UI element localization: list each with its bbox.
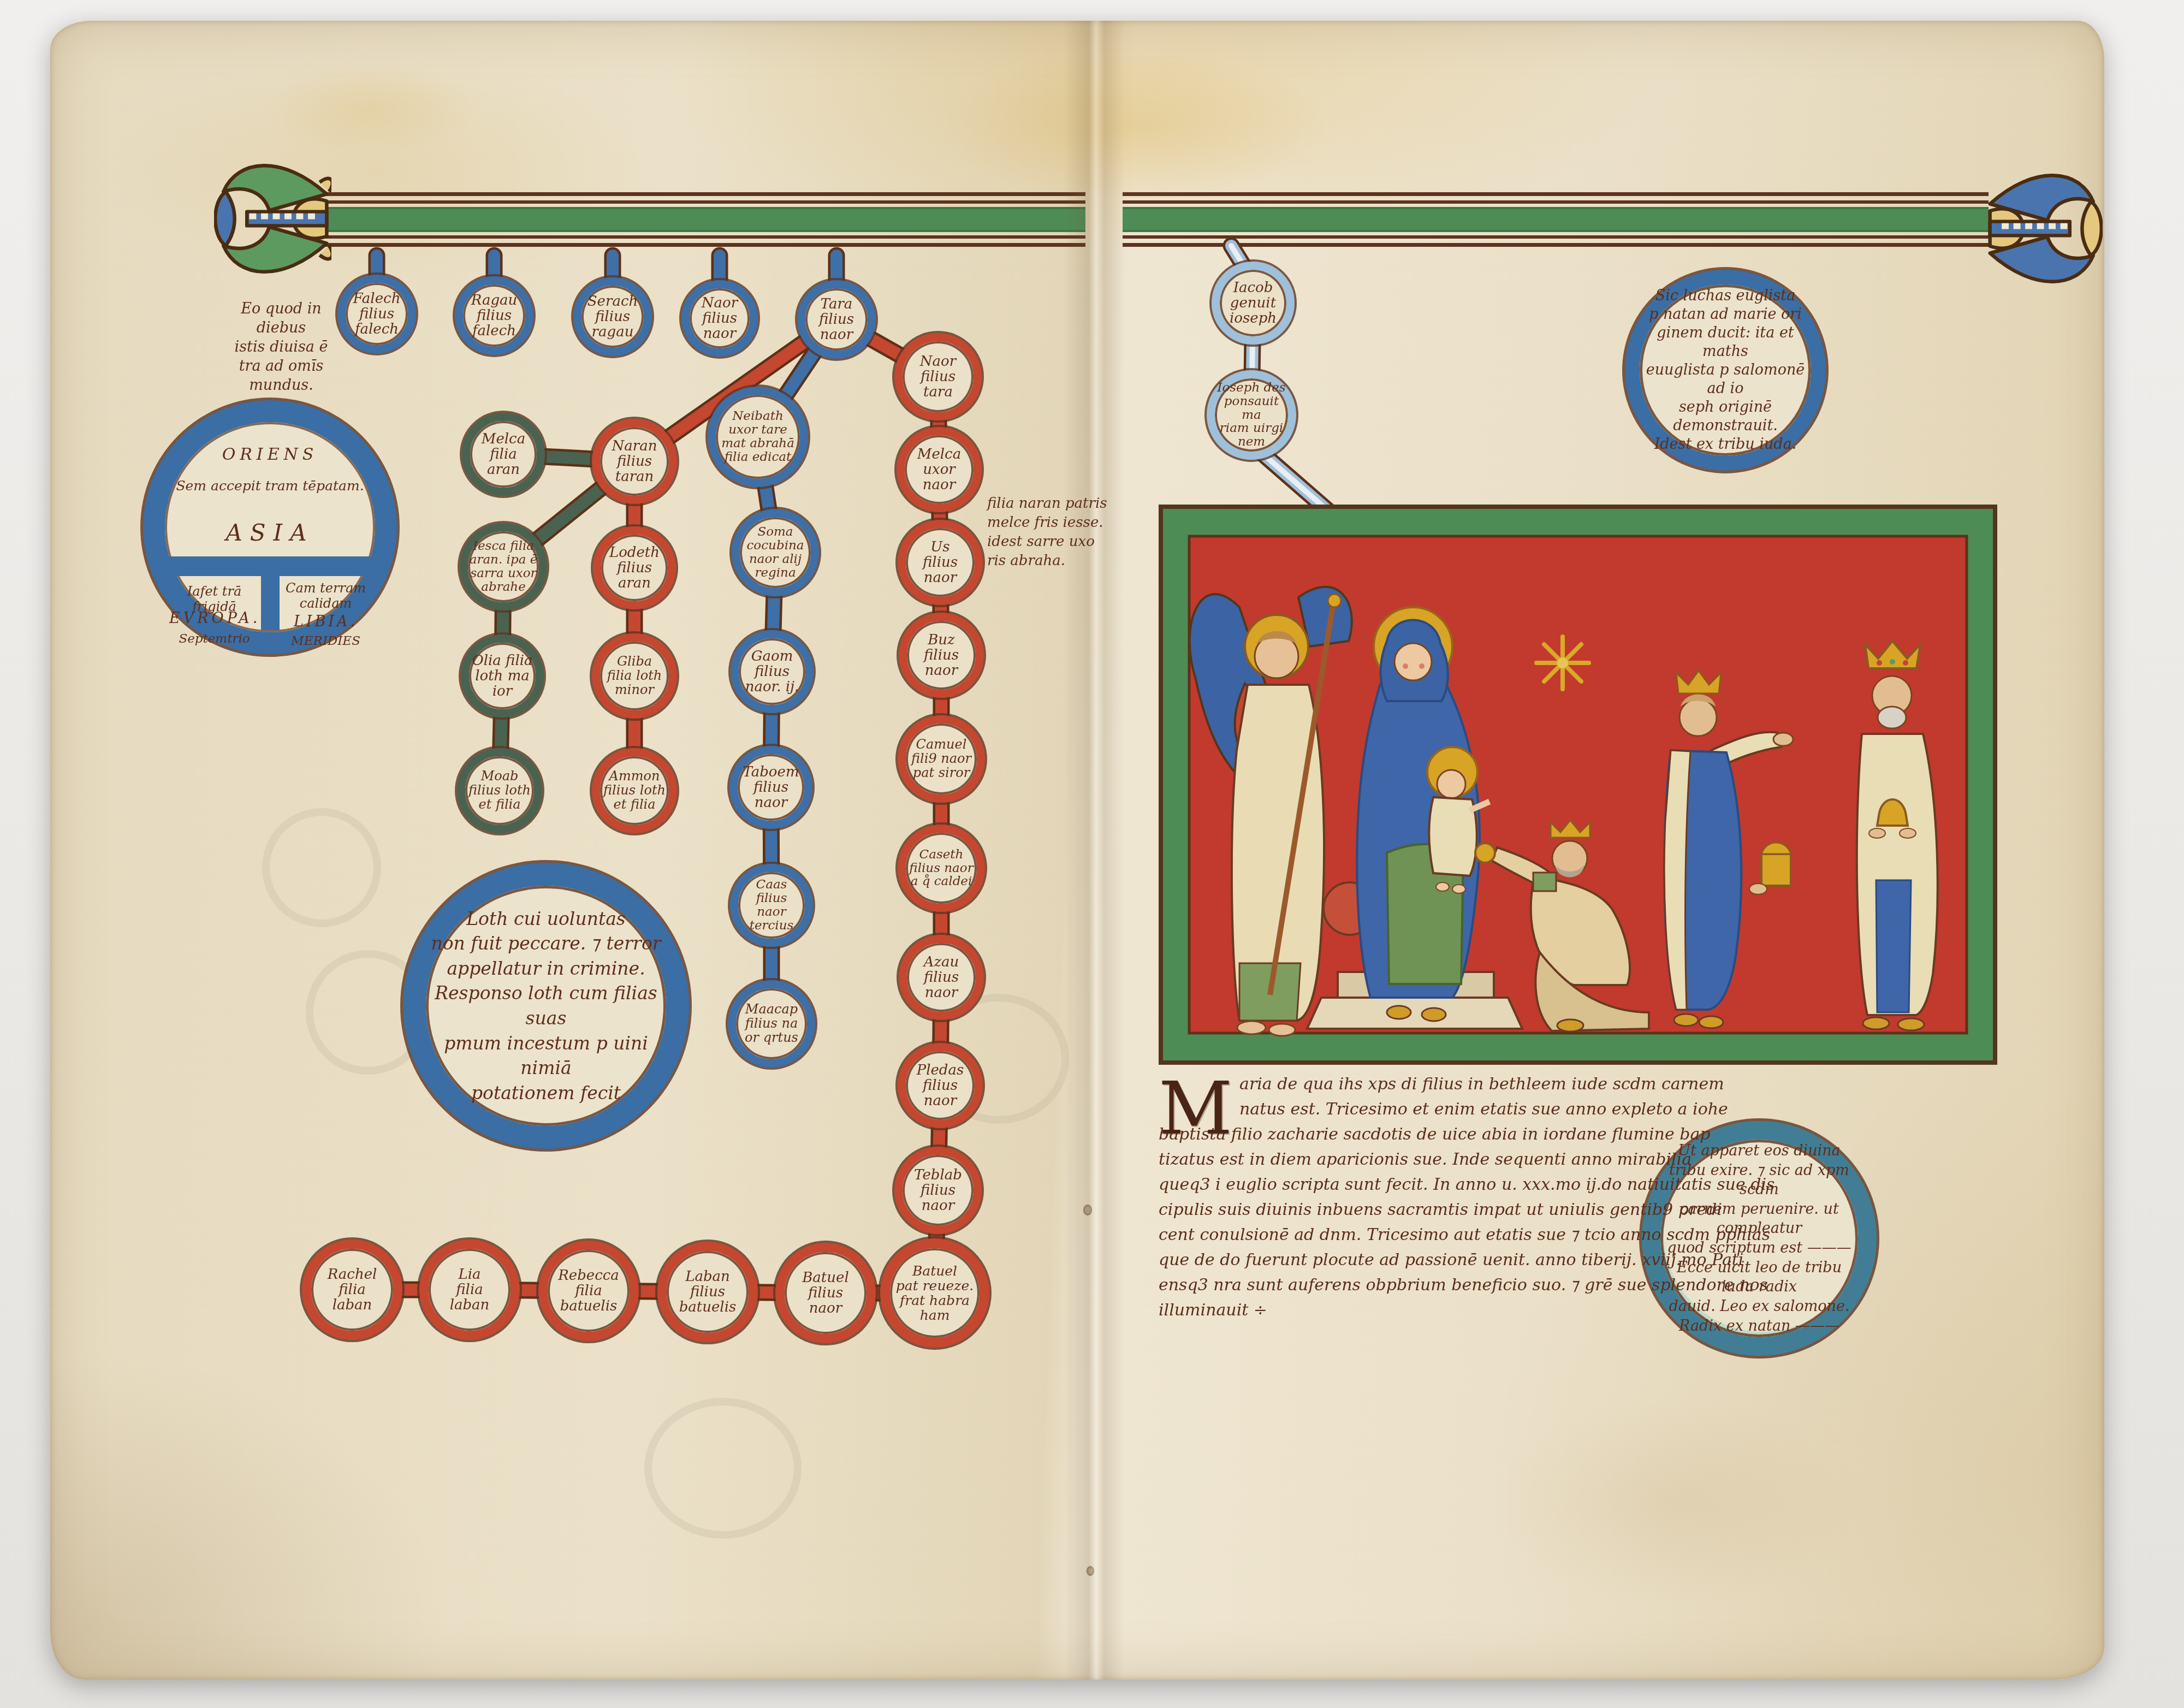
tree-node-lia: Lia filia laban [419,1240,520,1340]
tree-node-lodeth: Lodeth filius aran [593,526,676,609]
tree-node-caas: Caas filius naor tercius [730,864,813,947]
tree-node-rachel: Rachel filia laban [302,1240,402,1340]
tree-node-label: Teblab filius naor [914,1167,962,1213]
paragraph-line: cent conulsionē ad dnm. Tricesimo aut et… [1159,1225,1655,1250]
sarra-side-note: filia naran patris melce fris iesse. ide… [987,494,1129,571]
tree-node-label: Tara filius naor [819,296,854,342]
tree-node-pledas: Pledas filius naor [898,1043,983,1128]
paragraph-line: cipulis suis diuinis inbuens sacramtis i… [1159,1200,1655,1225]
tree-node-laban: Laban filius batuelis [657,1242,758,1342]
paragraph-line: natus est. Tricesimo et enim etatis sue … [1159,1100,1655,1125]
tree-node-label: Ragau filius falech [471,293,518,339]
adoration-miniature [1158,503,1998,1066]
tree-node-label: Caseth filius naor a q̊ caldei [909,848,973,888]
tree-node-label: Soma cocubina naor alij regina [746,525,804,579]
tree-node-label: Moab filius loth et filia [468,769,531,812]
tree-node-label: Lia filia laban [450,1267,490,1313]
decorated-initial: M [1159,1067,1232,1151]
map-label-meridies: MERIDIES [281,634,371,648]
tree-node-serach: Serach filius ragau [573,277,652,356]
tree-node-label: Us filius naor [923,539,958,585]
tree-node-label: Naor filius naor [702,295,738,341]
tree-node-label: Camuel fili9 naor pat siror [911,738,971,780]
manuscript-spread: Falech filius falechRagau filius falechS… [0,0,2184,1708]
tree-node-ammon: Ammon filius loth et filia [592,748,677,833]
nativity-paragraph: M aria de qua ihs xps di filius in bethl… [1159,1075,1655,1326]
tree-node-buz: Buz filius naor [899,613,984,698]
tree-node-teblab: Teblab filius naor [894,1147,982,1234]
tree-link [1256,448,1328,511]
tree-node-label: Melca filia aran [482,431,525,477]
tree-node-neibath: Neibath uxor tare mat abrahā filia edica… [708,387,808,487]
tree-node-moab: Moab filius loth et filia [457,748,542,833]
tree-node-camuel: Camuel fili9 naor pat siror [898,715,985,803]
tree-node-label: Gaom filius naor. ij. [745,649,799,695]
tree-node-label: Serach filius ragau [587,294,638,340]
map-label-septemtrio: Septemtrio [169,632,259,646]
tree-node-maacap: Maacap filius na or qrtus [728,980,815,1067]
paragraph-line: aria de qua ihs xps di filius in bethlee… [1159,1075,1655,1100]
tree-node-label: Naran filius taran [612,438,657,484]
map-label-oriens: ORIENS [165,445,375,464]
tree-node-us: Us filius naor [898,520,983,605]
star-of-bethlehem-icon [1536,637,1589,689]
tree-node-label: Pledas filius naor [917,1063,964,1108]
tree-node-ragau: Ragau filius falech [455,276,533,355]
map-label-sem: Sem accepit tram tēpatam. [165,478,375,494]
luke-roundel-text: Sic luchas euglista p natan ad marie ori… [1640,287,1811,454]
map-horizontal-bar [166,556,374,576]
tree-node-label: Maacap filius na or qrtus [745,1003,798,1045]
paragraph-line: que de do fuerunt plocute ad passionē ue… [1159,1250,1655,1276]
map-label-europa: EVROPA. [169,610,259,627]
tree-node-melca_uxor: Melca uxor naor [897,427,982,512]
paragraph-line: queq3 i euglio scripta sunt fecit. In an… [1159,1175,1655,1200]
luke-roundel: Sic luchas euglista p natan ad marie ori… [1625,270,1826,471]
tree-node-label: Neibath uxor tare mat abrahā filia edica… [721,410,794,464]
paragraph-line: baptista filio zacharie sacdotis de uice… [1159,1125,1655,1150]
paragraph-line: ensq3 nra sunt auferens obpbrium benefic… [1159,1276,1655,1301]
tree-node-label: Olia filia loth ma ior [472,653,532,699]
tree-node-batuel_p: Batuel pat reueze. frat habra ham [880,1238,989,1348]
tree-node-label: Gliba filia loth minor [607,655,662,697]
map-label-asia: ASIA [165,519,375,546]
tree-node-azau: Azau filius naor [899,935,984,1020]
tree-node-label: Laban filius batuelis [679,1269,737,1315]
tree-node-soma: Soma cocubina naor alij regina [732,509,819,596]
tree-node-label: Caas filius naor tercius [750,878,794,932]
loth-roundel: Loth cui uoluntas non fuit peccare. ⁊ te… [403,863,689,1149]
paragraph-line: tizatus est in diem aparicionis sue. Ind… [1159,1150,1655,1175]
tree-node-label: Rachel filia laban [328,1267,377,1313]
fleuron-finial-icon [1985,162,2103,295]
tree-node-label: Iesca filia aran. ipa ē sarra uxor abrah… [470,539,538,594]
tree-node-caseth: Caseth filius naor a q̊ caldei [898,825,985,912]
tree-node-label: Naor filius tara [920,354,956,400]
tree-node-olia: Olia filia loth ma ior [461,634,544,717]
tree-node-label: Melca uxor naor [917,447,961,493]
loth-roundel-text: Loth cui uoluntas non fuit peccare. ⁊ te… [426,906,666,1105]
map-vertical-bar [261,574,280,630]
tree-node-gliba: Gliba filia loth minor [592,633,677,719]
tree-node-rebecca: Rebecca filia batuelis [538,1241,639,1341]
tree-node-label: Ammon filius loth et filia [603,769,666,812]
tree-node-label: Rebecca filia batuelis [558,1268,619,1314]
tree-node-label: Batuel filius naor [802,1270,849,1316]
paragraph-line: illuminauit ÷ [1159,1301,1655,1326]
tree-node-label: Batuel pat reueze. frat habra ham [896,1264,974,1322]
tree-node-label: Taboem filius naor [743,764,799,810]
tree-node-naor_tara: Naor filius tara [894,333,982,420]
tree-node-jacob: Iacob genuit ioseph [1212,262,1295,345]
tree-node-taboem: Taboem filius naor [729,746,812,829]
intro-note: Eo quod in diebus istis diuisa ē tra ad … [218,299,344,395]
map-label-cam: Cam terram calidam [281,580,371,611]
tree-node-naor0: Naor filius naor [681,280,758,357]
tree-node-gaom: Gaom filius naor. ij. [731,630,814,713]
tree-node-tara: Tara filius naor [797,280,876,359]
tree-node-falech: Falech filius falech [337,275,416,353]
tree-node-label: Buz filius naor [924,632,959,678]
tree-node-batuel_f: Batuel filius naor [775,1243,876,1343]
tree-node-label: Iacob genuit ioseph [1230,280,1277,326]
tree-node-iesca: Iesca filia aran. ipa ē sarra uxor abrah… [460,523,547,610]
tree-node-label: Falech filius falech [353,291,401,337]
tree-node-naran: Naran filius taran [592,419,677,504]
tree-node-label: Lodeth filius aran [609,545,660,591]
map-label-libia: LIBIA. [281,613,371,630]
tree-node-label: Azau filius naor [924,954,959,1000]
tree-node-melca: Melca filia aran [462,413,545,496]
tree-node-josephd: Ioseph des ponsauit ma riam uirgi nem [1207,370,1296,460]
t-o-world-map: ORIENS Sem accepit tram tēpatam. ASIA Ia… [143,400,397,654]
fleuron-finial-icon [214,152,331,286]
tree-node-label: Ioseph des ponsauit ma riam uirgi nem [1215,381,1288,449]
